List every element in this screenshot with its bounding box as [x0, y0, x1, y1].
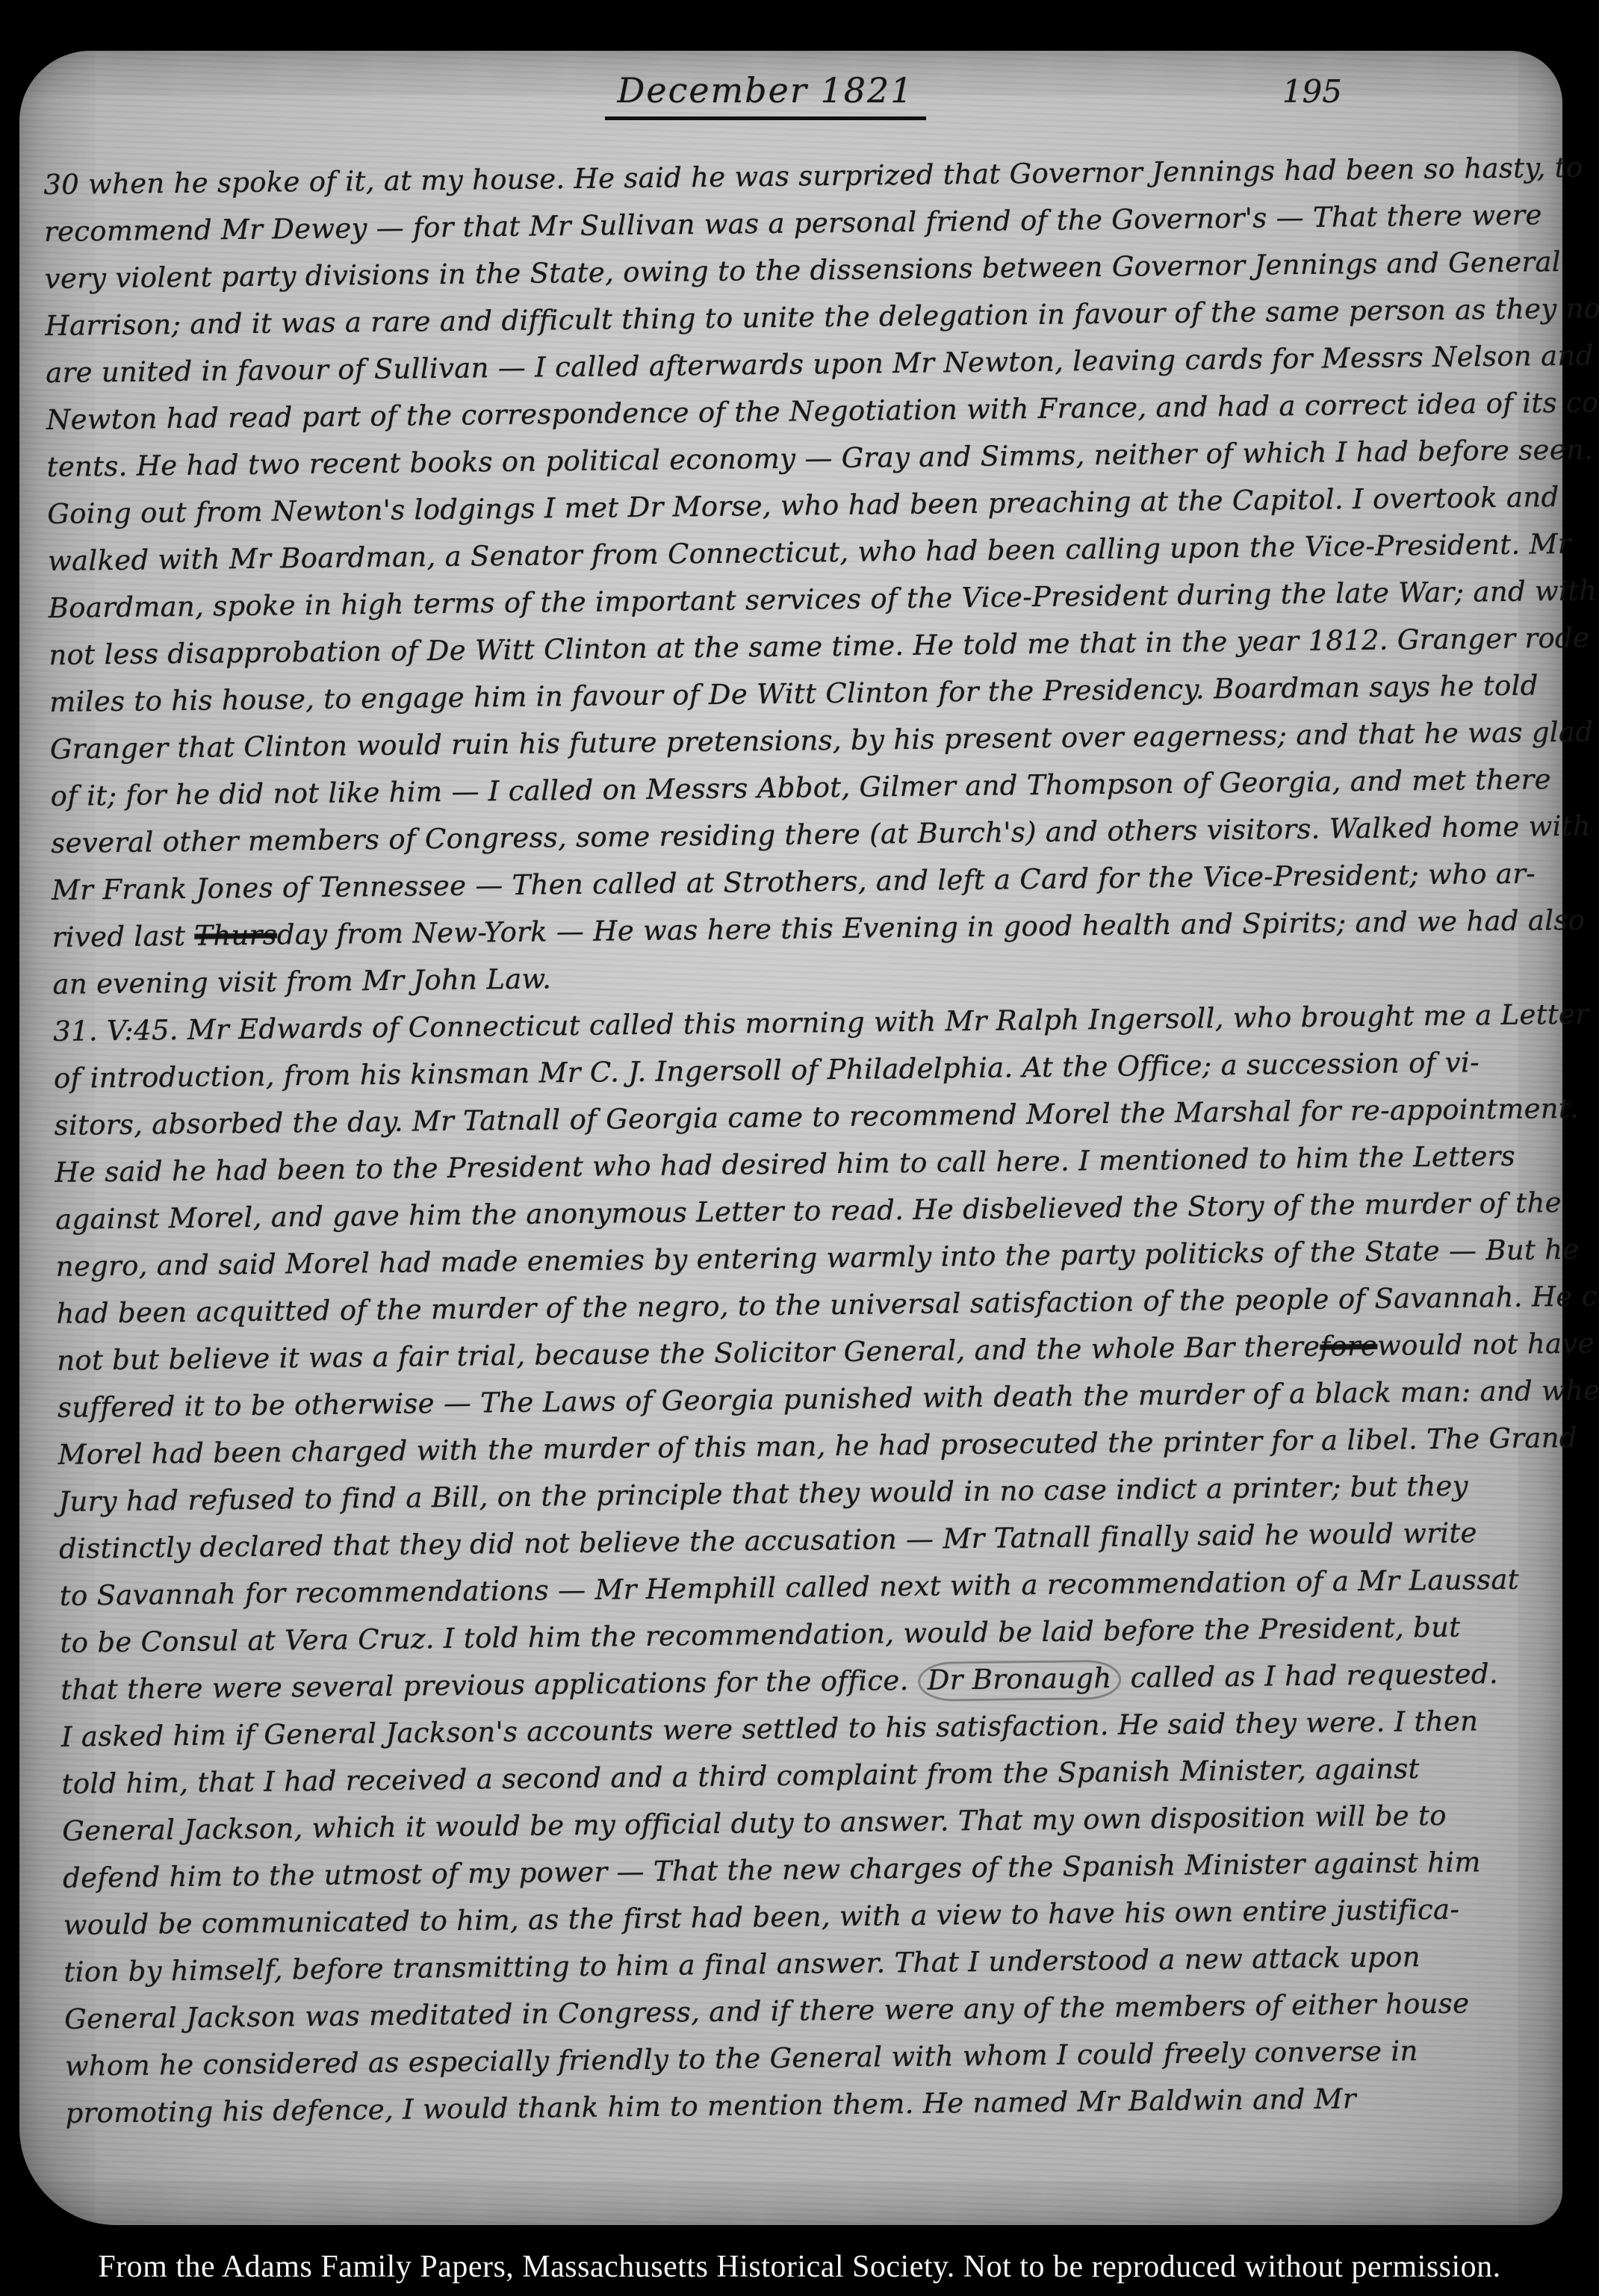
page-number: 195	[1282, 73, 1342, 110]
struck-word: Thurs	[194, 919, 277, 952]
header-date: December 1821	[605, 70, 925, 120]
footer-credit: From the Adams Family Papers, Massachuse…	[98, 2249, 1500, 2285]
pencil-circled-phrase: Dr Bronaugh	[917, 1660, 1121, 1702]
struck-word: fore	[1320, 1330, 1377, 1363]
footer-bar: From the Adams Family Papers, Massachuse…	[0, 2238, 1599, 2296]
manuscript-page: December 1821 195 30 when he spoke of it…	[19, 51, 1562, 2225]
manuscript-text: 30 when he spoke of it, at my house. He …	[43, 144, 1565, 2137]
